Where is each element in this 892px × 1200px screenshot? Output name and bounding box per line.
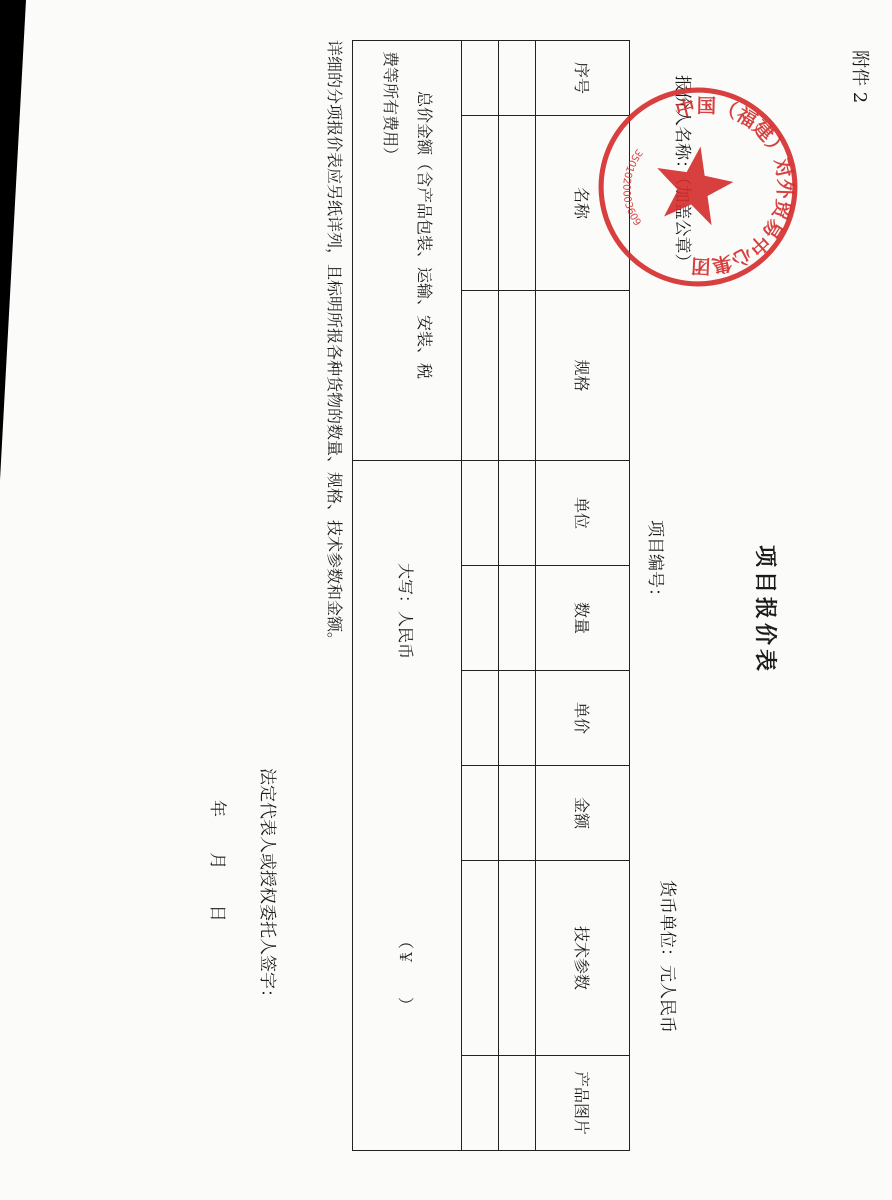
table-cell bbox=[499, 766, 536, 861]
quotation-page: 附件 2 项目报价表 报价人名称：（加盖公章） 项目编号： 货币单位：元人民币 … bbox=[0, 0, 892, 1200]
table-cell bbox=[462, 1056, 499, 1151]
table-cell bbox=[499, 566, 536, 671]
star-icon bbox=[655, 143, 739, 232]
company-seal: 中国（福建）对外贸易中心集团有限责任公司 3501020003609 bbox=[583, 72, 813, 302]
header-cell: 产品图片 bbox=[536, 1056, 630, 1151]
total-label-cell: 总价金额（含产品包装、运输、安装、税 费等所有费用） bbox=[353, 41, 462, 461]
total-numeric-label: （￥ ） bbox=[396, 898, 419, 1048]
table-cell bbox=[499, 116, 536, 291]
table-cell bbox=[462, 671, 499, 766]
page-title: 项目报价表 bbox=[751, 545, 782, 675]
table-row bbox=[499, 41, 536, 1151]
attachment-label: 附件 2 bbox=[848, 50, 874, 103]
table-row bbox=[462, 41, 499, 1151]
quotation-table: 序号 名称 规格 单位 数量 单价 金额 技术参数 产品图片 bbox=[352, 40, 630, 1151]
total-label-line1: 总价金额（含产品包装、运输、安装、税 bbox=[407, 51, 441, 450]
header-cell: 规格 bbox=[536, 291, 630, 461]
table-cell bbox=[462, 861, 499, 1056]
table-cell bbox=[462, 291, 499, 461]
header-cell: 单价 bbox=[536, 671, 630, 766]
footnote: 详细的分项报价表应另纸详列，且标明所报各种货物的数量、规格、技术参数和金额。 bbox=[324, 40, 347, 648]
date-label: 年 月 日 bbox=[207, 800, 232, 922]
svg-text:3501020003609: 3501020003609 bbox=[614, 145, 654, 229]
table-cell bbox=[462, 566, 499, 671]
table-cell bbox=[499, 41, 536, 116]
header-cell: 金额 bbox=[536, 766, 630, 861]
table-cell bbox=[462, 461, 499, 566]
total-amount-cell: 大写：人民币 （￥ ） bbox=[353, 461, 462, 1151]
header-cell: 数量 bbox=[536, 566, 630, 671]
header-cell: 技术参数 bbox=[536, 861, 630, 1056]
table-cell bbox=[499, 671, 536, 766]
table-cell bbox=[462, 766, 499, 861]
table-cell bbox=[499, 1056, 536, 1151]
header-cell: 单位 bbox=[536, 461, 630, 566]
table-cell bbox=[462, 41, 499, 116]
currency-label: 货币单位：元人民币 bbox=[657, 880, 682, 1033]
table-cell bbox=[499, 461, 536, 566]
table-cell bbox=[499, 291, 536, 461]
table-cell bbox=[499, 861, 536, 1056]
project-number-label: 项目编号： bbox=[645, 520, 670, 605]
signature-label: 法定代表人或授权委托人签字： bbox=[257, 768, 282, 1006]
total-label-line2: 费等所有费用） bbox=[373, 51, 407, 450]
table-cell bbox=[462, 116, 499, 291]
total-row: 总价金额（含产品包装、运输、安装、税 费等所有费用） 大写：人民币 （￥ ） bbox=[353, 41, 462, 1151]
total-uppercase-label: 大写：人民币 bbox=[396, 563, 419, 893]
seal-code: 3501020003609 bbox=[614, 145, 654, 229]
